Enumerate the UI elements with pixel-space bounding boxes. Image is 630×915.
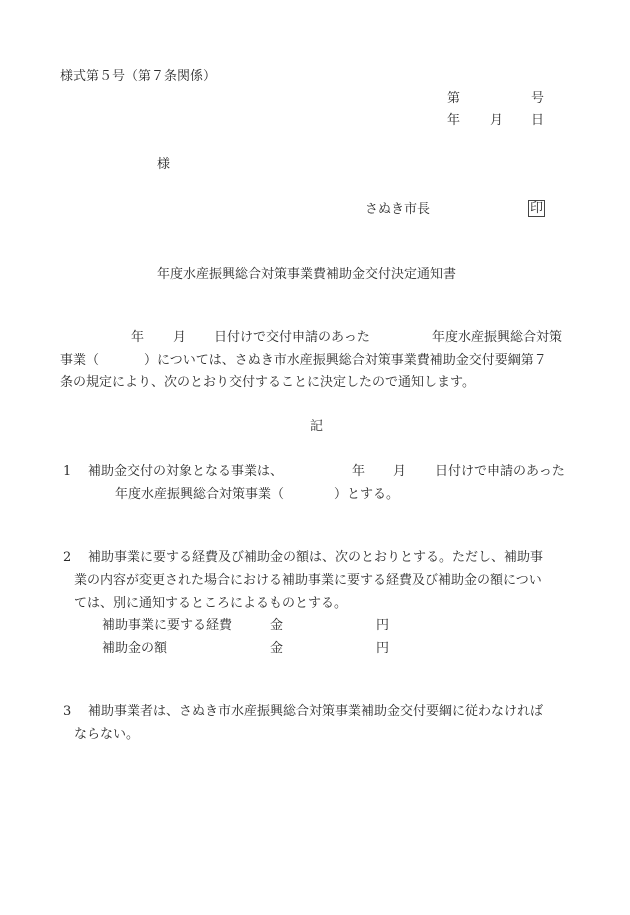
form-label: 様式第５号（第７条関係） <box>60 70 216 83</box>
item-1-line2-tail: ）とする。 <box>334 488 399 501</box>
amount-row-subsidy-prefix: 金 <box>270 642 283 655</box>
addressee-suffix: 様 <box>157 158 170 171</box>
intro-month: 月 <box>173 331 186 344</box>
intro-line1-tail: 年度水産振興総合対策 <box>432 331 562 344</box>
item-3-number: 3 <box>63 705 71 718</box>
reference-number-suffix: 号 <box>531 92 544 105</box>
item-3-line1: 補助事業者は、さぬき市水産振興総合対策事業補助金交付要綱に従わなければ <box>88 705 543 718</box>
item-1-line1-text: 補助金交付の対象となる事業は、 <box>88 465 283 478</box>
item-1-month: 月 <box>393 465 406 478</box>
item-2-number: 2 <box>63 551 71 564</box>
item-1-line1-tail: 日付けで申請のあった <box>435 465 565 478</box>
item-1-number: 1 <box>63 465 71 478</box>
item-2-line2: 業の内容が変更された場合における補助事業に要する経費及び補助金の額につい <box>74 574 542 587</box>
document-title: 年度水産振興総合対策事業費補助金交付決定通知書 <box>157 268 456 281</box>
intro-line2-open: 事業（ <box>60 354 99 367</box>
intro-year: 年 <box>131 331 144 344</box>
item-2-line1: 補助事業に要する経費及び補助金の額は、次のとおりとする。ただし、補助事 <box>88 551 543 564</box>
intro-line1-text: 日付けで交付申請のあった <box>214 331 370 344</box>
intro-line3: 条の規定により、次のとおり交付することに決定したので通知します。 <box>60 376 475 389</box>
date-year: 年 <box>447 114 460 127</box>
seal-icon: 印 <box>530 201 543 216</box>
item-1-line2-text: 年度水産振興総合対策事業（ <box>115 488 284 501</box>
reference-number-prefix: 第 <box>447 92 460 105</box>
amount-row-cost-unit: 円 <box>376 619 389 632</box>
date-month: 月 <box>490 114 503 127</box>
amount-row-cost-prefix: 金 <box>270 619 283 632</box>
ki-heading: 記 <box>310 420 323 433</box>
amount-row-cost-label: 補助事業に要する経費 <box>102 619 232 632</box>
item-3-line2: ならない。 <box>74 728 139 741</box>
amount-row-subsidy-label: 補助金の額 <box>102 642 167 655</box>
amount-row-subsidy-unit: 円 <box>376 642 389 655</box>
issuer-title: さぬき市長 <box>365 203 430 216</box>
date-day: 日 <box>531 114 544 127</box>
item-2-line3: ては、別に通知するところによるものとする。 <box>74 597 347 610</box>
seal-stamp-box: 印 <box>528 200 545 217</box>
item-1-year: 年 <box>352 465 365 478</box>
intro-line2-text: ）については、さぬき市水産振興総合対策事業費補助金交付要綱第７ <box>144 354 547 367</box>
